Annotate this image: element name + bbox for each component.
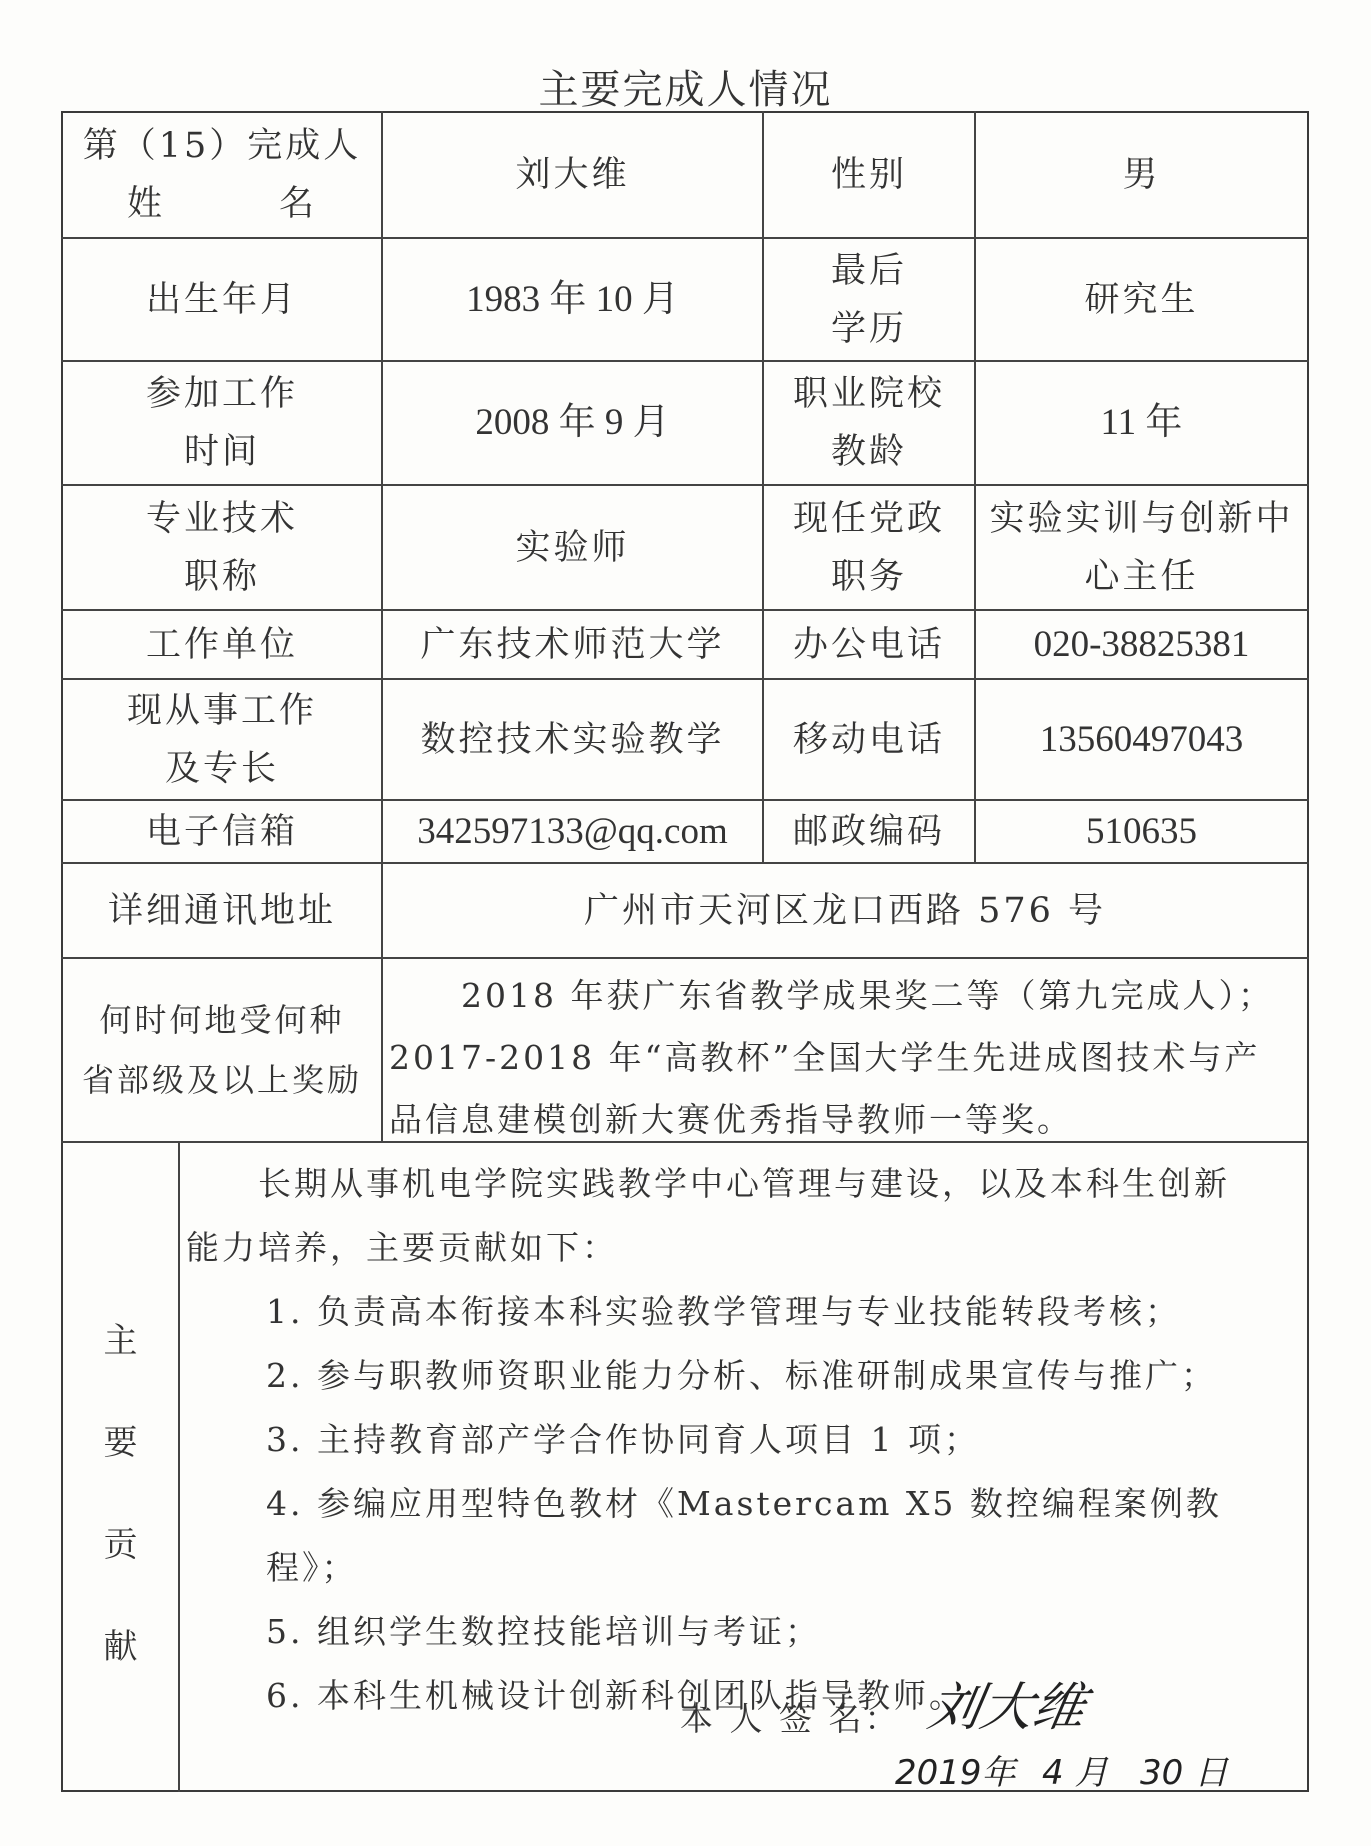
address-value: 广州市天河区龙口西路 576 号 [383,864,1307,957]
contribution-item: 2. 参与职教师资职业能力分析、标准研制成果宣传与推广； [186,1344,1306,1408]
label-char: 主 [63,1290,178,1392]
label-char: 献 [63,1596,178,1698]
field-label: 电子信箱 [63,801,381,862]
label-char: 要 [63,1392,178,1494]
field-value: 1983 年 10 月 [383,239,762,360]
field-value: 广东技术师范大学 [383,611,762,678]
field-value: 男 [976,113,1307,237]
contribution-item: 4. 参编应用型特色教材《Mastercam X5 数控编程案例教程》； [186,1472,1306,1600]
field-label: 参加工作 时间 [63,362,381,484]
intro-line: 能力培养，主要贡献如下： [186,1216,1306,1280]
field-label: 最后 学历 [764,239,974,360]
date-month: 4 月 [1042,1745,1108,1794]
award-line: 品信息建模创新大赛优秀指导教师一等奖。 [389,1089,1304,1151]
contribution-label: 主 要 贡 献 [63,1290,178,1698]
field-value: 342597133@qq.com [383,801,762,862]
field-label: 移动电话 [764,680,974,799]
field-label: 性别 [764,113,974,237]
date-year: 2019年 [895,1745,1016,1794]
field-label: 职业院校 教龄 [764,362,974,484]
field-value: 实验实训与创新中 心主任 [976,486,1307,609]
awards-text: 2018 年获广东省教学成果奖二等（第九完成人）； 2017-2018 年“高教… [389,965,1304,1151]
field-value: 数控技术实验教学 [383,680,762,799]
field-value: 020-38825381 [976,611,1307,678]
field-label: 出生年月 [63,239,381,360]
field-value: 11 年 [976,362,1307,484]
col-divider [178,1141,180,1792]
field-value: 研究生 [976,239,1307,360]
field-value: 13560497043 [976,680,1307,799]
field-label: 办公电话 [764,611,974,678]
contribution-item: 1. 负责高本衔接本科实验教学管理与专业技能转段考核； [186,1280,1306,1344]
signature: 刘大维 [923,1665,1092,1740]
field-value: 2008 年 9 月 [383,362,762,484]
field-label: 邮政编码 [764,801,974,862]
field-label: 工作单位 [63,611,381,678]
field-value: 刘大维 [383,113,762,237]
intro-line: 长期从事机电学院实践教学中心管理与建设，以及本科生创新 [186,1152,1306,1216]
address-label: 详细通讯地址 [63,864,381,957]
field-label: 专业技术 职称 [63,486,381,609]
contribution-item: 3. 主持教育部产学合作协同育人项目 1 项； [186,1408,1306,1472]
award-line: 2018 年获广东省教学成果奖二等（第九完成人）； [389,965,1304,1027]
field-label: 现从事工作 及专长 [63,680,381,799]
field-label: 现任党政 职务 [764,486,974,609]
award-line: 2017-2018 年“高教杯”全国大学生先进成图技术与产 [389,1027,1304,1089]
field-value: 实验师 [383,486,762,609]
page-title: 主要完成人情况 [0,58,1371,115]
field-value: 510635 [976,801,1307,862]
signature-label: 本 人 签 名： [680,1688,900,1750]
label-char: 贡 [63,1494,178,1596]
contribution-item: 5. 组织学生数控技能培训与考证； [186,1600,1306,1664]
contribution-text: 长期从事机电学院实践教学中心管理与建设，以及本科生创新 能力培养，主要贡献如下：… [186,1152,1306,1728]
field-label: 第（15）完成人 姓 名 [63,113,381,237]
date-day: 30 日 [1140,1745,1228,1794]
awards-label: 何时何地受何种 省部级及以上奖励 [63,959,381,1141]
